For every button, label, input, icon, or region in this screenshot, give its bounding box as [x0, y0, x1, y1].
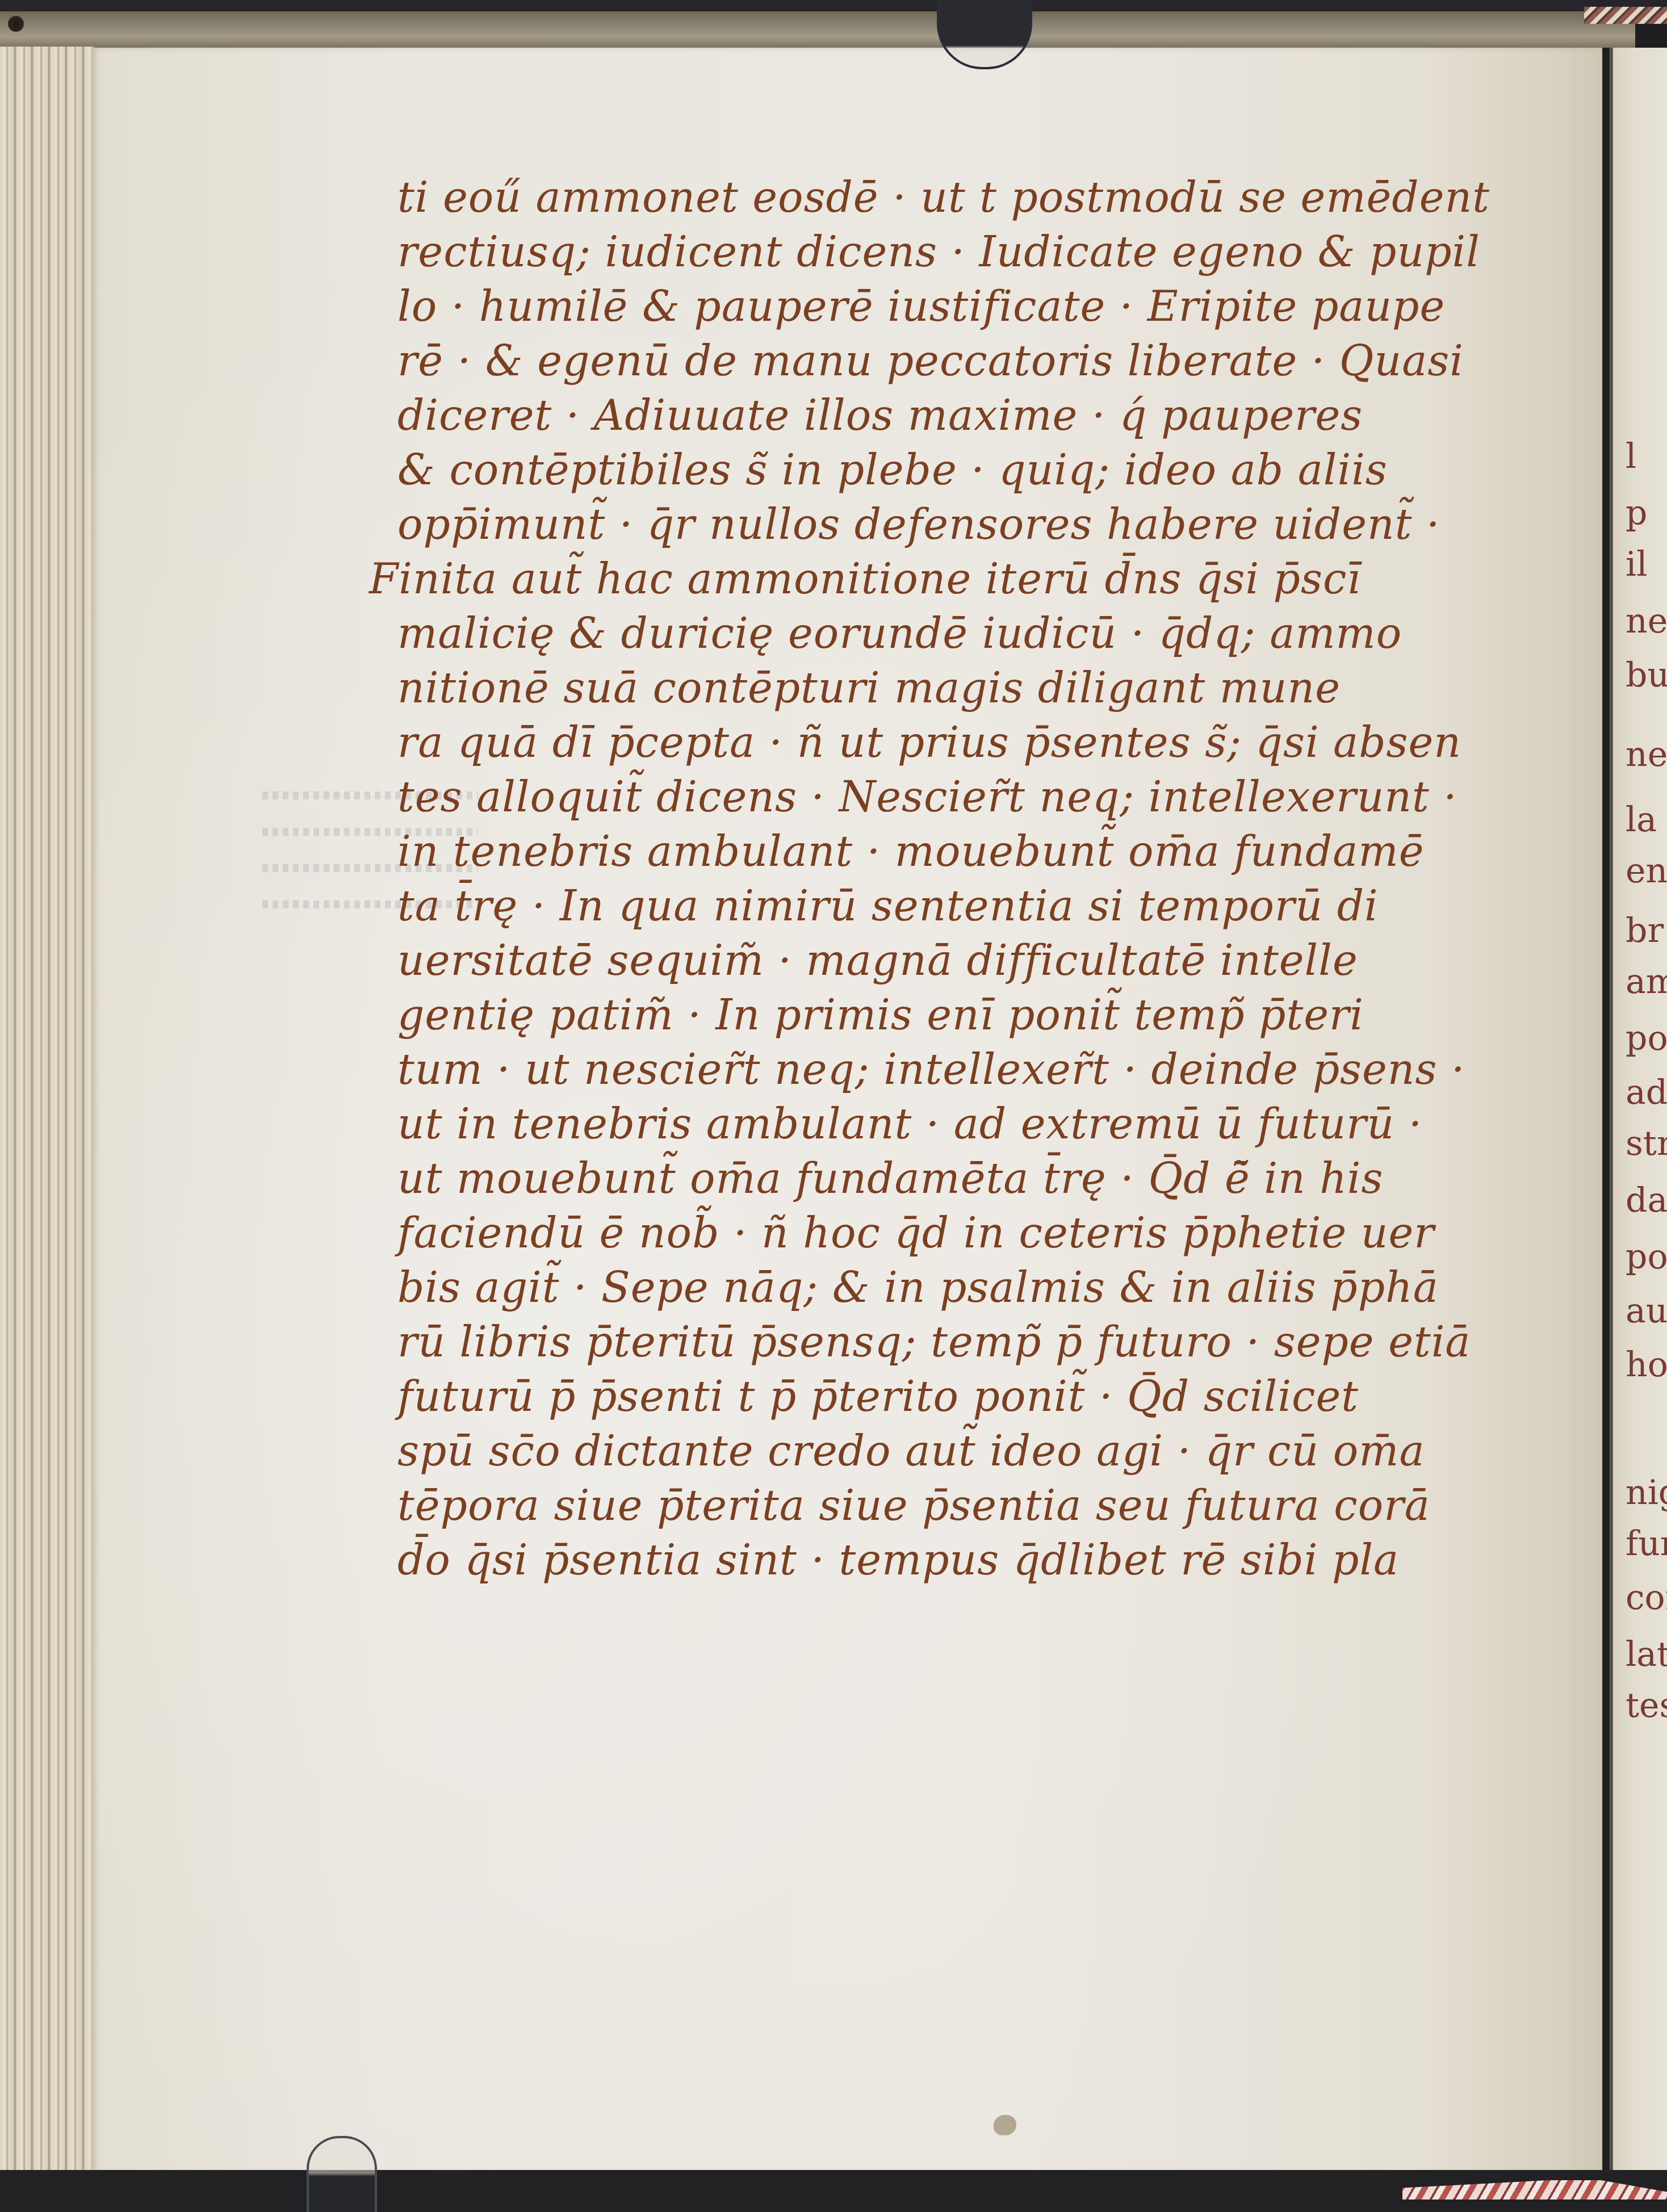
- text-line: faciendū ē nob̃ · ñ hoc q̄d in ceteris …: [397, 1206, 1539, 1260]
- facing-fragment: posi: [1626, 1021, 1667, 1055]
- text-line: rē · & egenū de manu peccatoris liberate…: [397, 334, 1539, 388]
- facing-fragment: amb: [1626, 965, 1667, 999]
- text-line: ti eoű ammonet eosdē · ut t postmodū se …: [397, 170, 1539, 225]
- parchment-stain: [994, 2115, 1016, 2135]
- facing-fragment: tes: [1626, 1689, 1667, 1723]
- facing-fragment: il: [1626, 547, 1647, 581]
- text-line: gentię patim̃ · In primis enī ponit̃ tem…: [397, 988, 1539, 1042]
- text-line: opp̄imunt̃ · q̄r nullos defensores haber…: [397, 497, 1539, 552]
- facing-fragment: la: [1626, 803, 1657, 837]
- facing-fragment: nige: [1626, 1476, 1667, 1510]
- text-line: futurū p̄ p̄senti t p̄ p̄terito ponit̃ ·…: [397, 1369, 1539, 1424]
- text-line: bis agit̃ · Sepe nāq; & in psalmis & in …: [397, 1260, 1539, 1315]
- facing-page-recto: l p il ne bu ne la en br amb posi ado st…: [1613, 48, 1667, 2171]
- page-stack-left: [0, 47, 95, 2171]
- text-line: ra quā dī p̄cepta · ñ ut prius p̄sentes…: [397, 715, 1539, 770]
- page-clip-bottom: [307, 2136, 377, 2212]
- text-line-initial: Finita aut̃ hac ammonitione iterū d̄ns q…: [369, 552, 1539, 606]
- facing-fragment: lat: [1626, 1637, 1667, 1671]
- facing-fragment: ado: [1626, 1075, 1667, 1109]
- facing-fragment: dam: [1626, 1183, 1667, 1217]
- book-board-top-edge: [0, 11, 1635, 48]
- text-line: spū sc̄o dictante credo aut̃ ideo agi · …: [397, 1424, 1539, 1478]
- text-line: in tenebris ambulant · mouebunt̃ om̄a fu…: [397, 824, 1539, 879]
- facing-fragment: l: [1626, 439, 1636, 474]
- facing-fragment: hos: [1626, 1348, 1667, 1382]
- text-line: lo · humilē & pauperē iustificate · Erip…: [397, 279, 1539, 334]
- text-line: tum · ut nescier̃t neq; intellexer̃t · d…: [397, 1042, 1539, 1097]
- text-line: diceret · Adiuuate illos maxime · q́ pau…: [397, 388, 1539, 443]
- text-line: tēpora siue p̄terita siue p̄sentia seu f…: [397, 1478, 1539, 1533]
- text-line: & contēptibiles s̃ in plebe · quiq; ideo…: [397, 443, 1539, 497]
- tack-icon: [8, 16, 24, 32]
- text-line: uersitatē sequim̃ · magnā difficultatē i…: [397, 933, 1539, 988]
- text-line: malicię & duricię eorundē iudicū · q̄dq;…: [397, 606, 1539, 661]
- facing-fragment: stru: [1626, 1126, 1667, 1161]
- text-line: rectiusq; iudicent dicens · Iudicate ege…: [397, 225, 1539, 279]
- facing-fragment: ne: [1626, 738, 1667, 772]
- facing-fragment: ne: [1626, 604, 1667, 638]
- facing-fragment: fund: [1626, 1527, 1667, 1561]
- facing-fragment: aut: [1626, 1294, 1667, 1328]
- manuscript-text-block: ti eoű ammonet eosdē · ut t postmodū se …: [397, 170, 1539, 1587]
- text-line: nitionē suā contēpturi magis diligant mu…: [397, 661, 1539, 715]
- text-line: ut in tenebris ambulant · ad extremū ū f…: [397, 1097, 1539, 1151]
- facing-fragment: br: [1626, 914, 1664, 948]
- facing-fragment: por: [1626, 1240, 1667, 1274]
- facing-fragment: p: [1626, 496, 1647, 530]
- text-line: rū libris p̄teritū p̄sensq; temp̃ p̄ fut…: [397, 1315, 1539, 1369]
- facing-fragment: en: [1626, 854, 1667, 888]
- facing-fragment: com: [1626, 1581, 1667, 1615]
- text-line: ut mouebunt̃ om̄a fundamēta t̄rę · Q̄d ē…: [397, 1151, 1539, 1206]
- text-line: tes alloquit̃ dicens · Nescier̃t neq; in…: [397, 770, 1539, 824]
- text-line: d̄o q̄si p̄sentia sint · tempus q̄dlibet…: [397, 1533, 1539, 1587]
- text-line: ta t̄rę · In qua nimirū sententia si tem…: [397, 879, 1539, 933]
- facing-fragment: bu: [1626, 658, 1667, 692]
- marbled-edge-top: [1584, 7, 1667, 24]
